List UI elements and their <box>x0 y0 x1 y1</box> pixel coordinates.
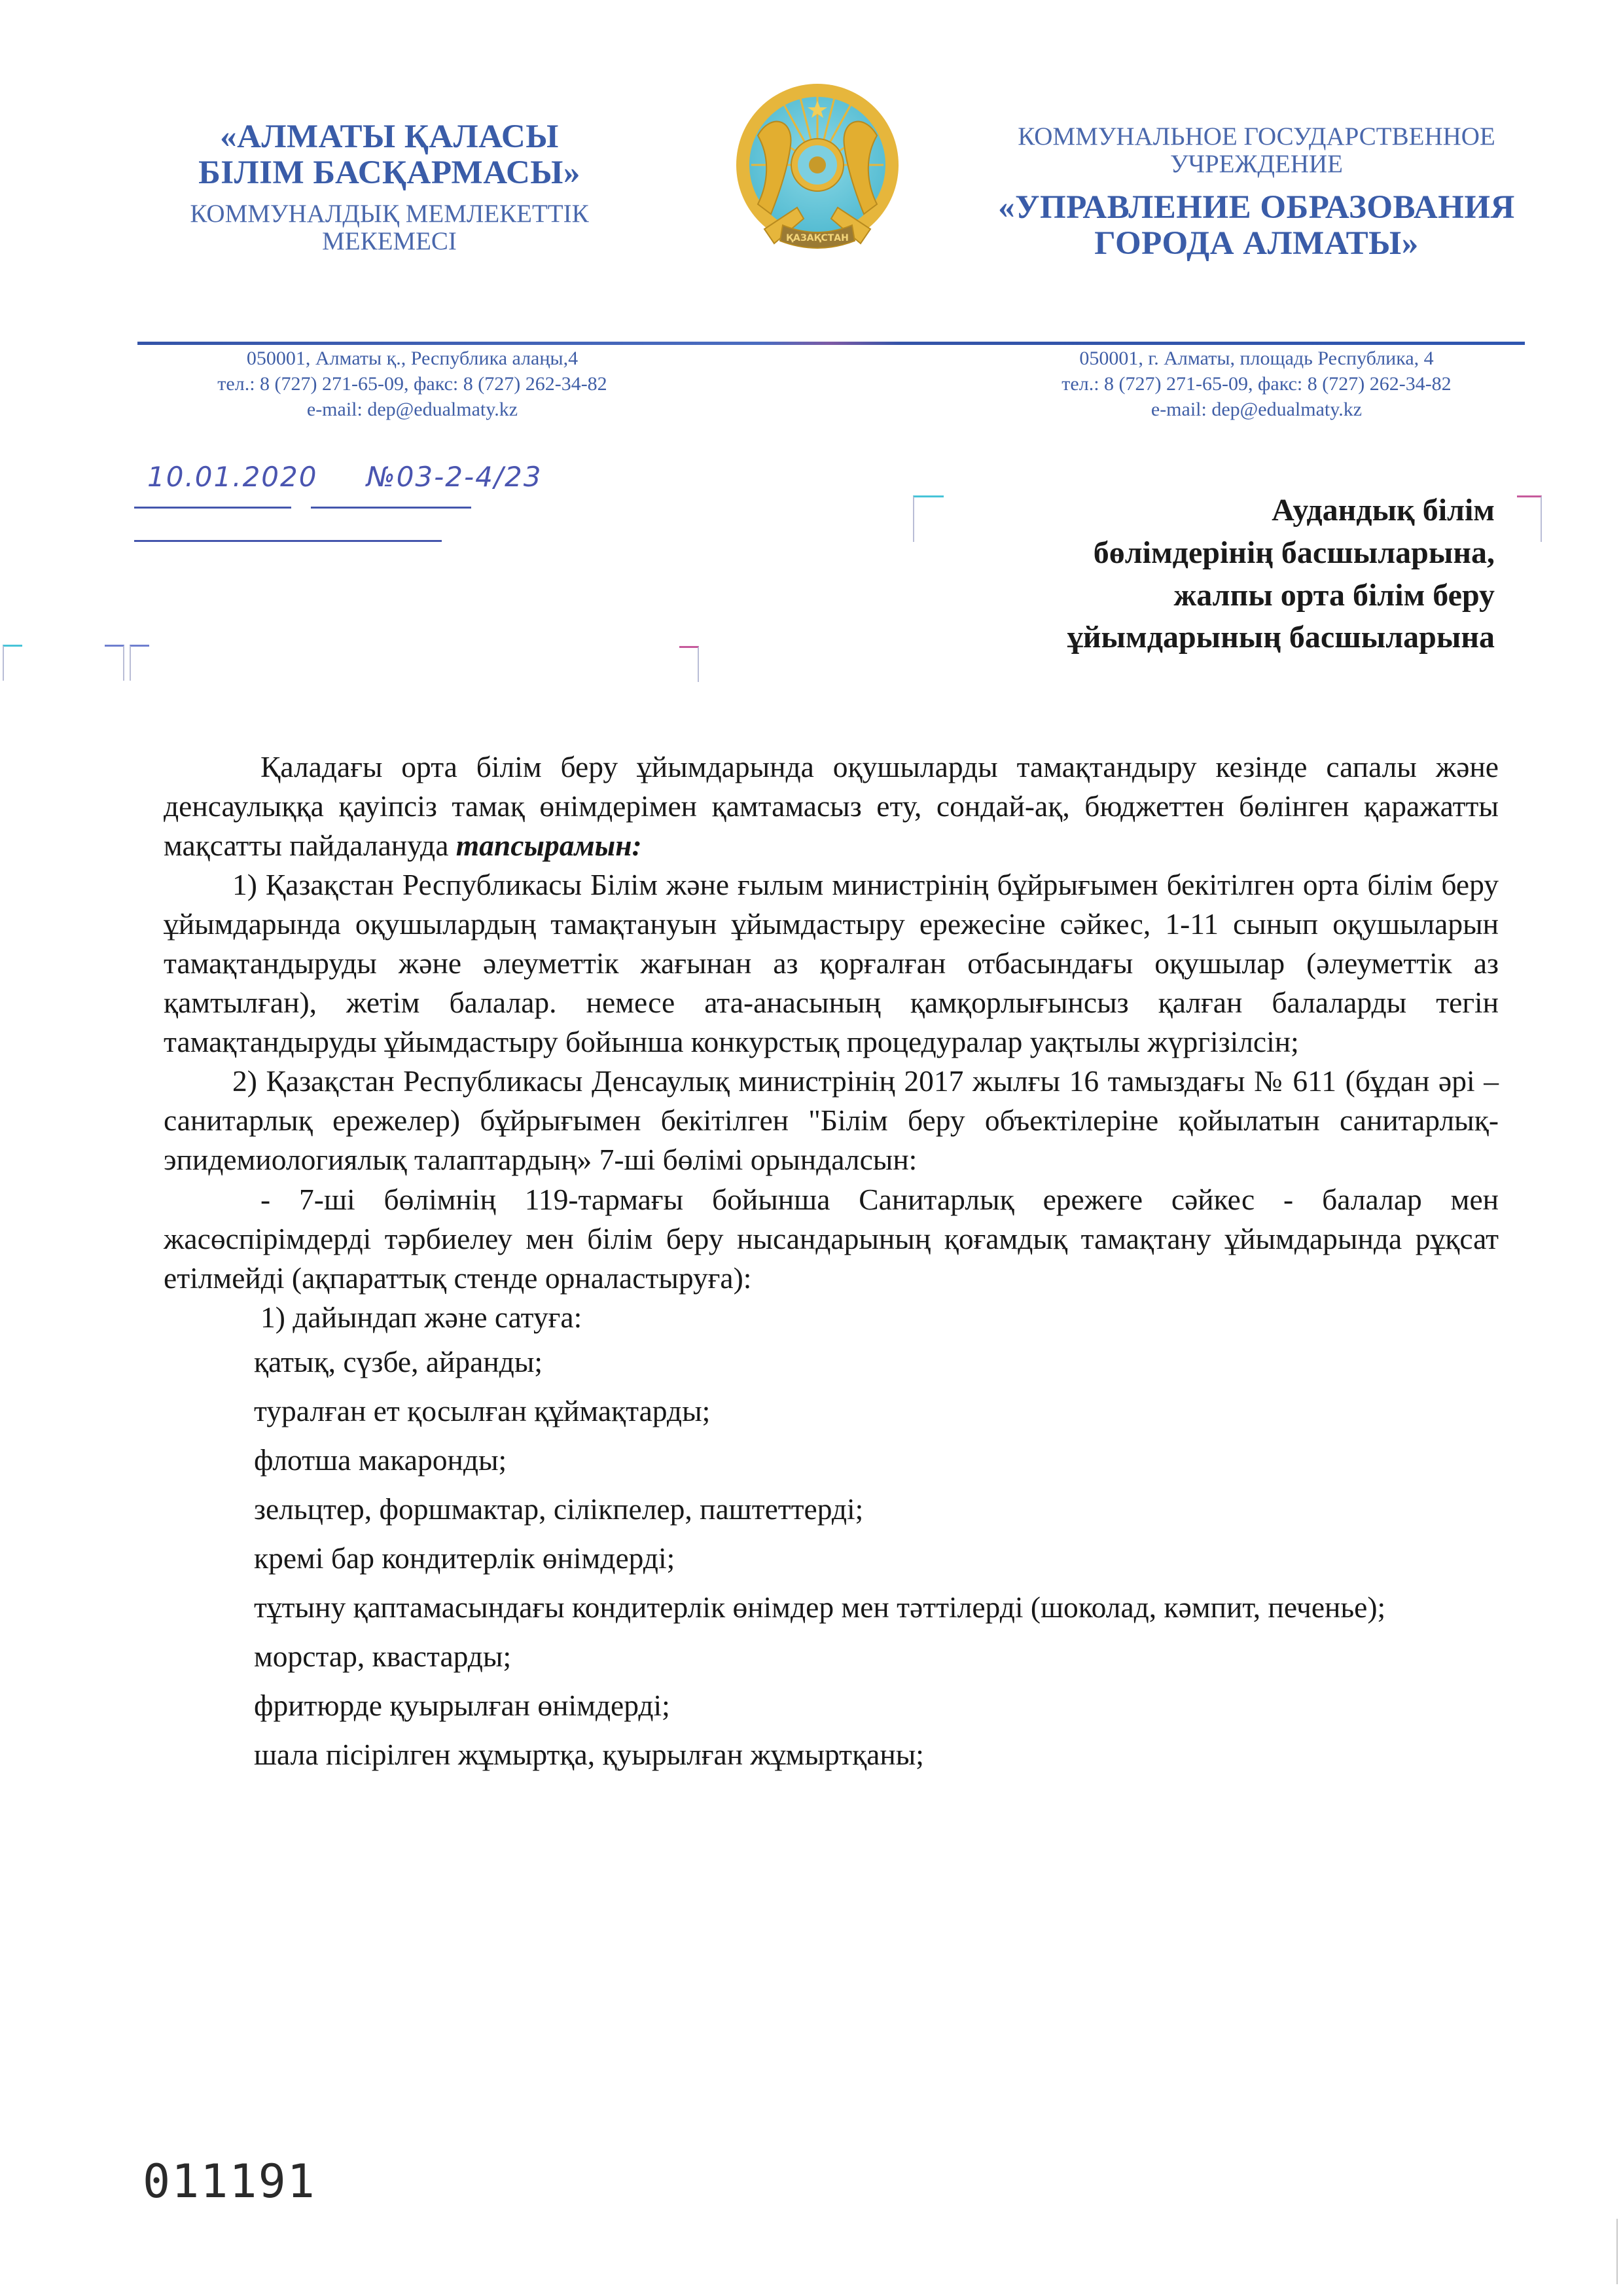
org-name-ru-line1: «УПРАВЛЕНИЕ ОБРАЗОВАНИЯ <box>982 190 1531 226</box>
corner-mark <box>105 645 124 681</box>
corner-mark <box>913 495 944 542</box>
org-name-kz-line2: БІЛІМ БАСҚАРМАСЫ» <box>151 155 628 191</box>
addressee-line3: жалпы орта білім беру <box>1067 575 1495 617</box>
date-underline <box>134 507 291 509</box>
list-item: қатық, сүзбе, айранды; <box>164 1337 1499 1386</box>
addressee-block: Аудандық білім бөлімдерінің басшыларына,… <box>1067 490 1495 659</box>
registration-number-value: 03-2-4/23 <box>397 461 543 493</box>
letterhead-divider <box>137 342 1525 345</box>
address-ru-phone: тел.: 8 (727) 271-65-09, факс: 8 (727) 2… <box>982 371 1531 397</box>
org-name-ru-line2: ГОРОДА АЛМАТЫ» <box>982 226 1531 262</box>
item-1-paragraph: 1) Қазақстан Республикасы Білім және ғыл… <box>164 865 1499 1062</box>
address-ru: 050001, г. Алматы, площадь Республика, 4… <box>982 346 1531 422</box>
number-underline <box>311 507 471 509</box>
list-item: туралған ет қосылған құймақтарды; <box>164 1386 1499 1435</box>
org-name-kz-line1: «АЛМАТЫ ҚАЛАСЫ <box>151 119 628 155</box>
address-kz: 050001, Алматы қ., Республика алаңы,4 те… <box>131 346 694 422</box>
form-serial-number: 011191 <box>143 2155 316 2208</box>
list-item: фритюрде қуырылған өнімдерді; <box>164 1681 1499 1730</box>
number-sign: № <box>366 461 397 493</box>
addressee-line1: Аудандық білім <box>1067 490 1495 532</box>
corner-mark <box>130 645 149 681</box>
item-2-paragraph: 2) Қазақстан Республикасы Денсаулық мини… <box>164 1062 1499 1179</box>
reference-line <box>134 540 442 542</box>
address-kz-email: e-mail: dep@edualmaty.kz <box>131 397 694 422</box>
address-ru-email: e-mail: dep@edualmaty.kz <box>982 397 1531 422</box>
intro-text: Қаладағы орта білім беру ұйымдарында оқу… <box>164 750 1499 862</box>
corner-mark <box>3 645 22 681</box>
org-type-ru-line2: УЧРЕЖДЕНИЕ <box>982 151 1531 178</box>
list-item: морстар, квастарды; <box>164 1632 1499 1681</box>
kazakhstan-state-emblem-icon: ҚАЗАҚСТАН <box>732 73 903 268</box>
address-kz-street: 050001, Алматы қ., Республика алаңы,4 <box>131 346 694 371</box>
registration-number: №03-2-4/23 <box>366 461 542 493</box>
intro-paragraph: Қаладағы орта білім беру ұйымдарында оқу… <box>164 747 1499 865</box>
org-type-ru-line1: КОММУНАЛЬНОЕ ГОСУДАРСТВЕННОЕ <box>982 123 1531 151</box>
address-ru-street: 050001, г. Алматы, площадь Республика, 4 <box>982 346 1531 371</box>
list-item: шала пісірілген жұмыртқа, қуырылған жұмы… <box>164 1730 1499 1779</box>
registration-line: 10.01.2020 №03-2-4/23 <box>134 457 605 509</box>
svg-text:ҚАЗАҚСТАН: ҚАЗАҚСТАН <box>786 233 849 243</box>
list-item: кремі бар кондитерлік өнімдерді; <box>164 1534 1499 1583</box>
scan-edge-mark <box>1616 2219 1618 2284</box>
letter-body: Қаладағы орта білім беру ұйымдарында оқу… <box>164 747 1499 1779</box>
list-item: тұтыну қаптамасындағы кондитерлік өнімде… <box>164 1583 1499 1632</box>
corner-mark <box>1517 495 1542 542</box>
corner-mark <box>679 646 699 682</box>
letterhead-kz: «АЛМАТЫ ҚАЛАСЫ БІЛІМ БАСҚАРМАСЫ» КОММУНА… <box>151 119 628 255</box>
addressee-line2: бөлімдерінің басшыларына, <box>1067 532 1495 575</box>
registration-date: 10.01.2020 <box>147 461 317 493</box>
subitem-paragraph: - 7-ші бөлімнің 119-тармағы бойынша Сани… <box>164 1180 1499 1298</box>
org-type-kz-line1: КОММУНАЛДЫҚ МЕМЛЕКЕТТІК <box>151 200 628 228</box>
letterhead-ru: КОММУНАЛЬНОЕ ГОСУДАРСТВЕННОЕ УЧРЕЖДЕНИЕ … <box>982 123 1531 262</box>
address-kz-phone: тел.: 8 (727) 271-65-09, факс: 8 (727) 2… <box>131 371 694 397</box>
org-type-kz-line2: МЕКЕМЕСІ <box>151 228 628 255</box>
list-item: флотша макаронды; <box>164 1435 1499 1484</box>
intro-emphasis: тапсырамын: <box>456 829 642 862</box>
list-heading: 1) дайындап және сатуға: <box>164 1298 1499 1337</box>
addressee-line4: ұйымдарының басшыларына <box>1067 617 1495 659</box>
list-item: зельцтер, форшмактар, сілікпелер, паштет… <box>164 1484 1499 1534</box>
